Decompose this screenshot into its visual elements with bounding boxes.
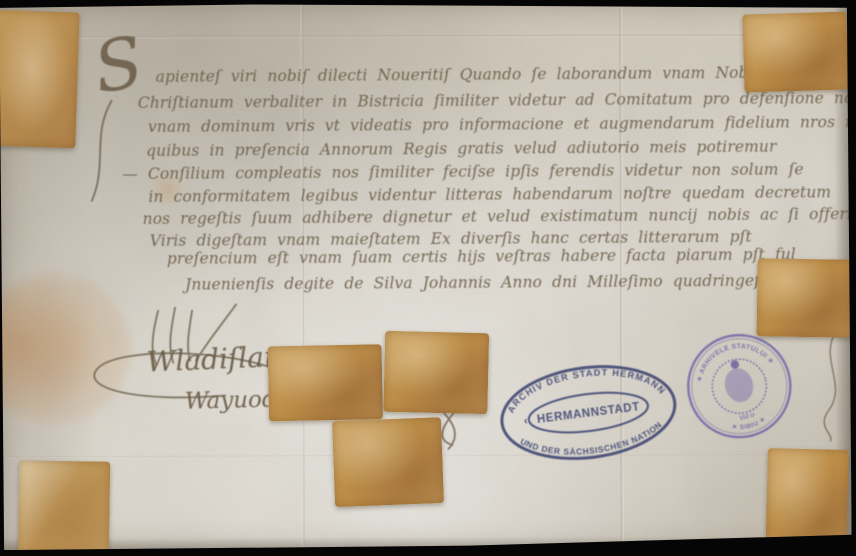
wax-patch-center-bottom: [332, 417, 444, 507]
parchment: S apienteſ viri nobiſ dilecti Noueritiſ …: [0, 3, 852, 550]
wax-patch-bottom-left: [18, 460, 110, 554]
manuscript-line: Chriſtianum verbaliter in Bistricia ſimi…: [138, 91, 856, 112]
manuscript-line: preſencium eſt vnam ſuam certis hijs veſ…: [167, 247, 796, 267]
manuscript-line: Jnuenienſis degite de Silva Johannis Ann…: [185, 273, 856, 294]
wax-patch-center-left: [268, 344, 383, 421]
wax-patch-right-middle: [756, 258, 851, 337]
manuscript-line: — Conſilium compleatis nos ſimiliter fec…: [122, 162, 804, 182]
wax-patch-bottom-right: [765, 448, 848, 556]
manuscript-initial: S: [89, 27, 148, 104]
manuscript-line: in conformitatem legibus videntur litter…: [148, 185, 831, 205]
wax-patch-top-right: [742, 12, 848, 93]
wax-patch-center-right: [383, 331, 489, 414]
manuscript-line: quibus in preſencia Annorum Regis gratis…: [146, 140, 776, 160]
wax-patch-top-left: [0, 10, 80, 149]
manuscript-line: apienteſ viri nobiſ dilecti Noueritiſ Qu…: [156, 66, 759, 86]
manuscript-line: vnam dominum vris vt videatis pro inform…: [148, 115, 856, 136]
manuscript-line: nos regeſtis ſuum adhibere dignetur et v…: [143, 207, 856, 228]
photo-frame: S apienteſ viri nobiſ dilecti Noueritiſ …: [0, 0, 856, 556]
